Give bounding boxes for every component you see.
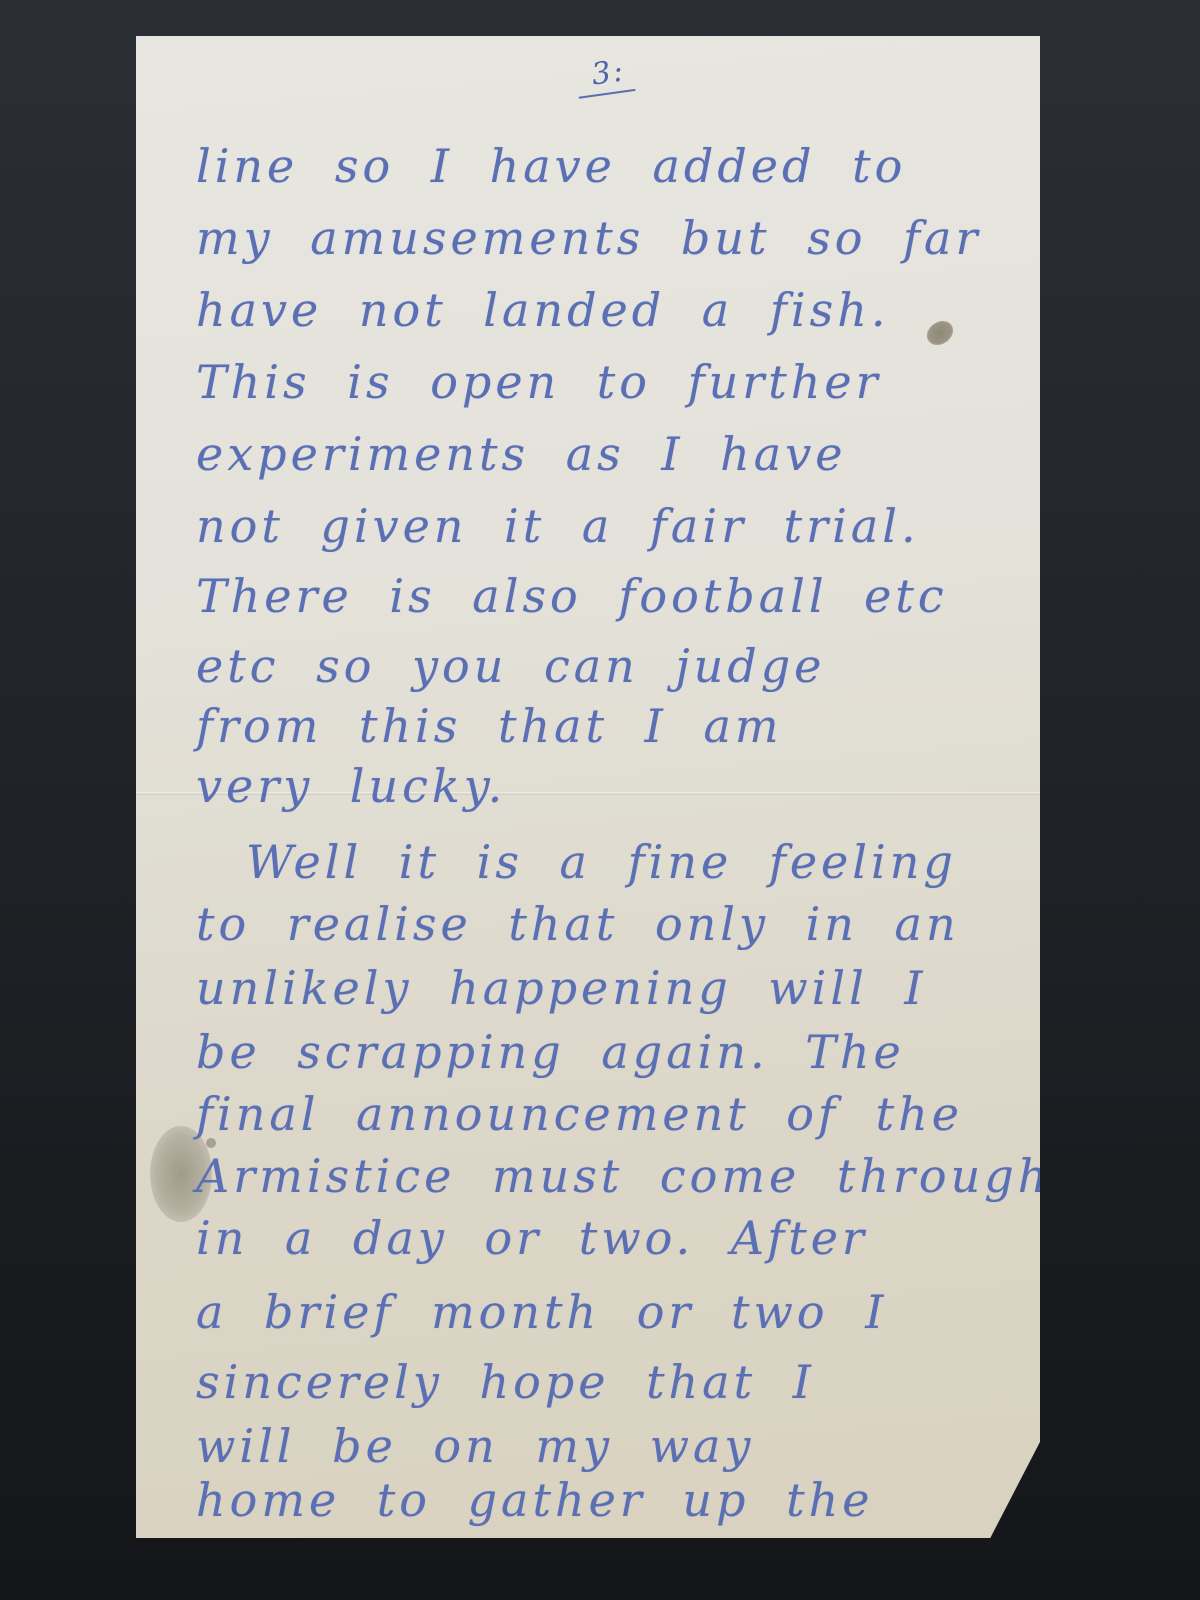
handwritten-line: from this that I am [196, 696, 1016, 756]
handwritten-line: have not landed a fish. [196, 280, 1016, 340]
handwritten-line: Well it is a fine feeling [246, 832, 1066, 892]
handwritten-line: my amusements but so far [196, 208, 1016, 268]
handwritten-line: a brief month or two I [196, 1282, 1016, 1342]
handwritten-body: line so I have added to my amusements bu… [136, 36, 1040, 1538]
handwritten-line: There is also football etc [196, 566, 1016, 626]
handwritten-line: Armistice must come through [196, 1146, 1016, 1206]
handwritten-line: not given it a fair trial. [196, 496, 1016, 556]
handwritten-line: very lucky. [196, 756, 1016, 816]
letter-page: 3: line so I have added to my amusements… [136, 36, 1040, 1538]
handwritten-line: unlikely happening will I [196, 958, 1016, 1018]
handwritten-line: will be on my way [196, 1416, 1016, 1476]
handwritten-line: be scrapping again. The [196, 1022, 1016, 1082]
handwritten-line: home to gather up the [196, 1470, 1016, 1530]
handwritten-line: in a day or two. After [196, 1208, 1016, 1268]
handwritten-line: This is open to further [196, 352, 1016, 412]
handwritten-line: experiments as I have [196, 424, 1016, 484]
handwritten-line: etc so you can judge [196, 636, 1016, 696]
handwritten-line: final announcement of the [196, 1084, 1016, 1144]
handwritten-line: sincerely hope that I [196, 1352, 1016, 1412]
handwritten-line: line so I have added to [196, 136, 1016, 196]
handwritten-line: to realise that only in an [196, 894, 1016, 954]
